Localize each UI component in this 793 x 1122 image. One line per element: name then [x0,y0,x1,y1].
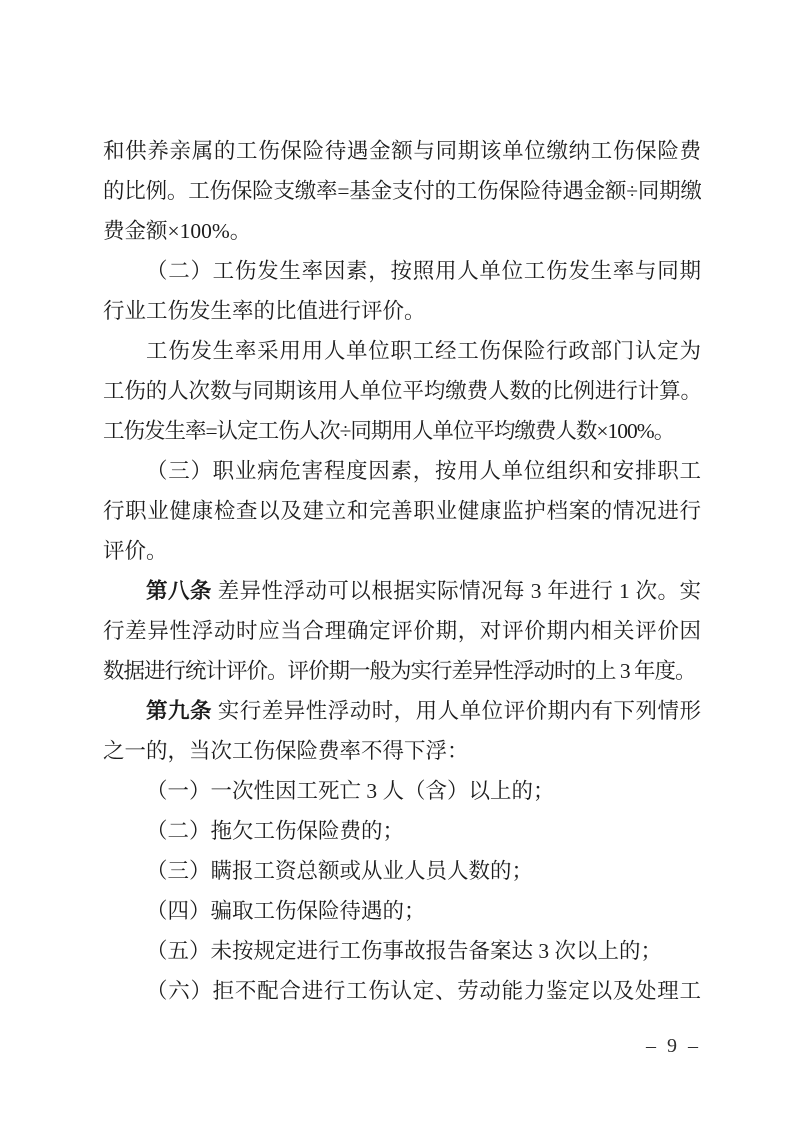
text-line: （六）拒不配合进行工伤认定、劳动能力鉴定以及处理工伤 [103,971,701,1011]
text-line: （二）拖欠工伤保险费的； [103,811,701,851]
text-line: 工伤的人次数与同期该用人单位平均缴费人数的比例进行计算。 [103,371,701,411]
page-footer: – 9 – [103,1031,701,1061]
text-line: 之一的，当次工伤保险费率不得下浮： [103,731,701,771]
text-line: （三）职业病危害程度因素，按用人单位组织和安排职工进 [103,451,701,491]
text-line: 第九条 实行差异性浮动时，用人单位评价期内有下列情形 [103,691,701,731]
text-line: （一）一次性因工死亡 3 人（含）以上的； [103,771,701,811]
text-line: 的比例。工伤保险支缴率=基金支付的工伤保险待遇金额÷同期缴 [103,171,701,211]
article-number: 第九条 [146,699,212,723]
text-line: 费金额×100%。 [103,211,701,251]
text-line: 行职业健康检查以及建立和完善职业健康监护档案的情况进行 [103,491,701,531]
text-line: 评价。 [103,531,701,571]
article-number: 第八条 [146,579,212,603]
text-line: （三）瞒报工资总额或从业人员人数的； [103,851,701,891]
text-line: （二）工伤发生率因素，按照用人单位工伤发生率与同期本 [103,251,701,291]
text-line: 行差异性浮动时应当合理确定评价期，对评价期内相关评价因素 [103,611,701,651]
document-body: 和供养亲属的工伤保险待遇金额与同期该单位缴纳工伤保险费的比例。工伤保险支缴率=基… [103,131,701,1011]
text-line: （五）未按规定进行工伤事故报告备案达 3 次以上的； [103,931,701,971]
text-line: 工伤发生率=认定工伤人次÷同期用人单位平均缴费人数×100%。 [103,411,701,451]
text-line: （四）骗取工伤保险待遇的； [103,891,701,931]
page-number: – 9 – [646,1035,701,1057]
text-line: 行业工伤发生率的比值进行评价。 [103,291,701,331]
text-line: 数据进行统计评价。评价期一般为实行差异性浮动时的上 3 年度。 [103,651,701,691]
text-line: 工伤发生率采用用人单位职工经工伤保险行政部门认定为 [103,331,701,371]
document-page: 和供养亲属的工伤保险待遇金额与同期该单位缴纳工伤保险费的比例。工伤保险支缴率=基… [0,0,793,1122]
text-line: 第八条 差异性浮动可以根据实际情况每 3 年进行 1 次。实 [103,571,701,611]
text-line: 和供养亲属的工伤保险待遇金额与同期该单位缴纳工伤保险费 [103,131,701,171]
